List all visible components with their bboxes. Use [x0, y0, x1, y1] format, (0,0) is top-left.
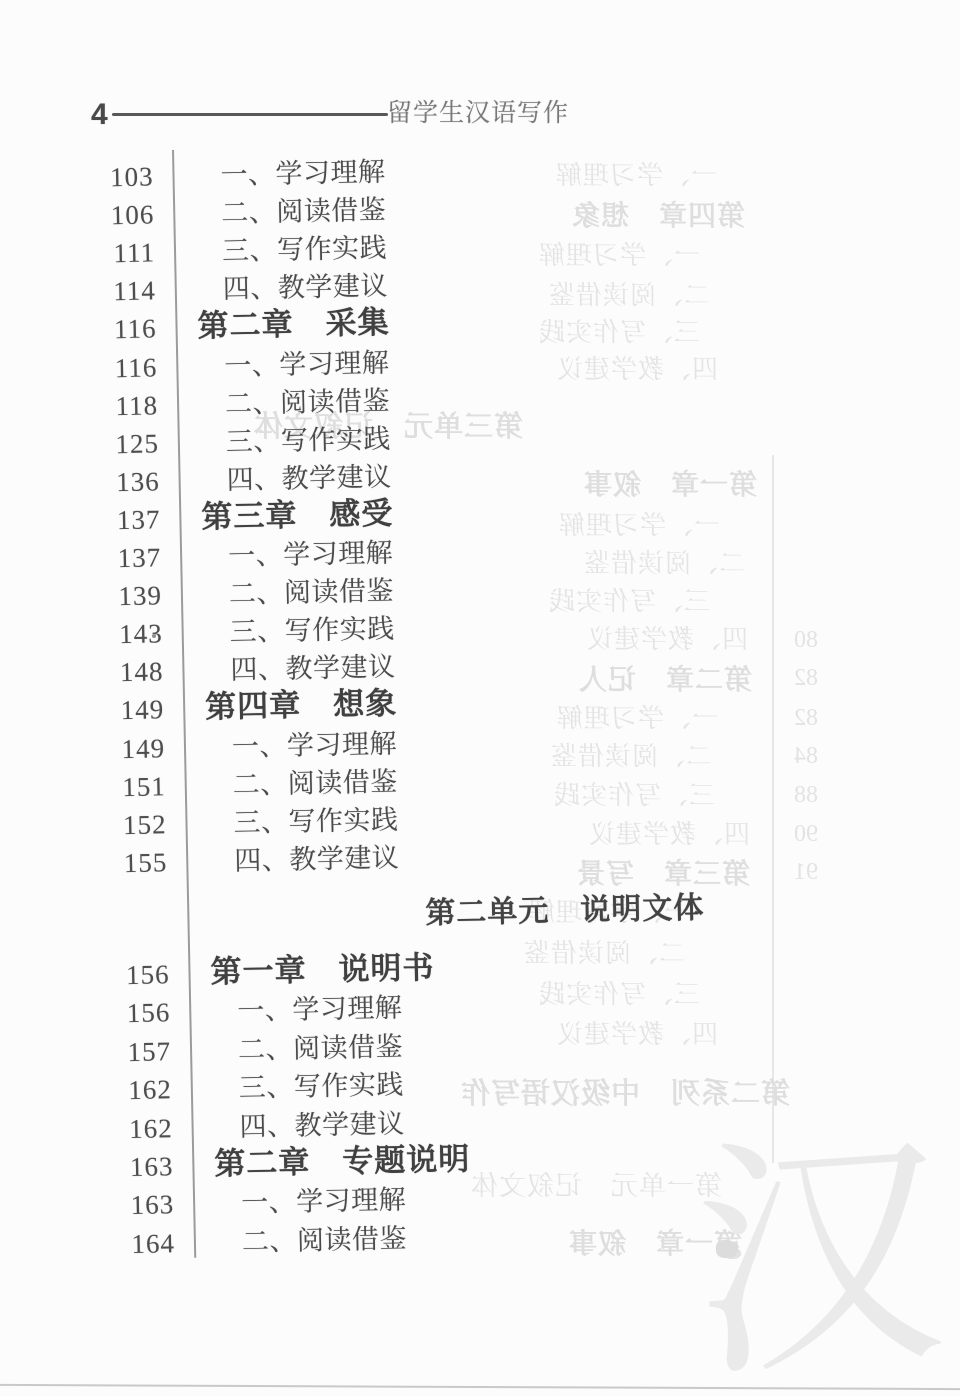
toc-item-title: 三、写作实践: [238, 1067, 404, 1106]
toc-page-number: 106: [61, 196, 155, 234]
toc-rows: 103一、学习理解106二、阅读借鉴111三、写作实践114四、教学建议116第…: [0, 0, 957, 3]
toc-item-title: 四、教学建议: [222, 268, 388, 307]
toc-page-number: 136: [66, 463, 160, 501]
toc-page-number: 143: [69, 615, 163, 653]
toc-page-number: 137: [68, 539, 162, 577]
toc-page-number: 152: [73, 806, 167, 844]
toc-item-title: 一、学习理解: [220, 154, 386, 193]
toc-item-title: 一、学习理解: [241, 1182, 407, 1221]
toc-item-title: 四、教学建议: [234, 839, 400, 878]
toc-item-title: 一、学习理解: [232, 725, 398, 764]
toc-page-number: 111: [62, 235, 156, 273]
toc-item-title: 二、阅读借鉴: [242, 1220, 408, 1259]
toc-chapter-title: 第四章 想象: [205, 685, 398, 727]
toc-page-number: 162: [79, 1110, 173, 1148]
toc-page-number: 137: [67, 501, 161, 539]
toc-page-number: 149: [71, 692, 165, 730]
toc-page-number: 156: [76, 956, 170, 994]
toc-page-number: 125: [66, 425, 160, 463]
toc-item-title: 一、学习理解: [237, 990, 403, 1029]
toc-item-title: 四、教学建议: [230, 649, 396, 688]
toc-page-number: 139: [69, 577, 163, 615]
scan-speck: [152, 634, 156, 638]
toc-item-title: 三、写作实践: [233, 801, 399, 840]
toc-page-number: 116: [63, 311, 157, 349]
toc-unit-heading: 第二单元 说明文体: [425, 890, 705, 932]
toc-item-title: 二、阅读借鉴: [232, 763, 398, 802]
toc-item-title: 一、学习理解: [228, 535, 394, 574]
toc-page-number: 118: [65, 387, 159, 425]
toc-page-number: 155: [74, 844, 168, 882]
toc-item-title: 二、阅读借鉴: [229, 573, 395, 612]
toc-chapter-title: 第三章 感受: [201, 495, 394, 537]
toc-page-number: 164: [82, 1225, 176, 1263]
toc-item-title: 四、教学建议: [226, 458, 392, 497]
toc-item-title: 三、写作实践: [226, 420, 392, 459]
toc-page-number: 163: [81, 1186, 175, 1224]
toc-page-number: 148: [70, 654, 164, 692]
toc-page-number: 114: [62, 273, 156, 311]
toc-item-title: 二、阅读借鉴: [221, 192, 387, 231]
toc-page-number: 149: [72, 730, 166, 768]
toc-item-title: 三、写作实践: [229, 611, 395, 650]
toc-item-title: 二、阅读借鉴: [238, 1028, 404, 1067]
scan-artifact: [716, 1240, 738, 1258]
toc-page-number: 156: [77, 995, 171, 1033]
toc-item-title: 三、写作实践: [222, 230, 388, 269]
scanned-book-page: 4 留学生汉语写作 一、学习理解第四章 想象一、学习理解二、阅读借鉴三、写作实践…: [0, 0, 960, 1396]
toc-page-number: 116: [64, 349, 158, 387]
toc-item-title: 四、教学建议: [239, 1105, 405, 1144]
toc-item-title: 一、学习理解: [224, 344, 390, 383]
toc: 103一、学习理解106二、阅读借鉴111三、写作实践114四、教学建议116第…: [0, 0, 960, 1396]
toc-chapter-title: 第一章 说明书: [210, 949, 435, 991]
toc-chapter-title: 第二章 专题说明: [214, 1140, 471, 1183]
toc-page-number: 157: [78, 1033, 172, 1071]
toc-item-title: 二、阅读借鉴: [225, 382, 391, 421]
toc-page-number: 162: [79, 1071, 173, 1109]
toc-page-number: 163: [80, 1148, 174, 1186]
toc-page-number: 103: [60, 158, 154, 196]
toc-page-number: 151: [72, 768, 166, 806]
toc-chapter-title: 第二章 采集: [197, 304, 390, 346]
